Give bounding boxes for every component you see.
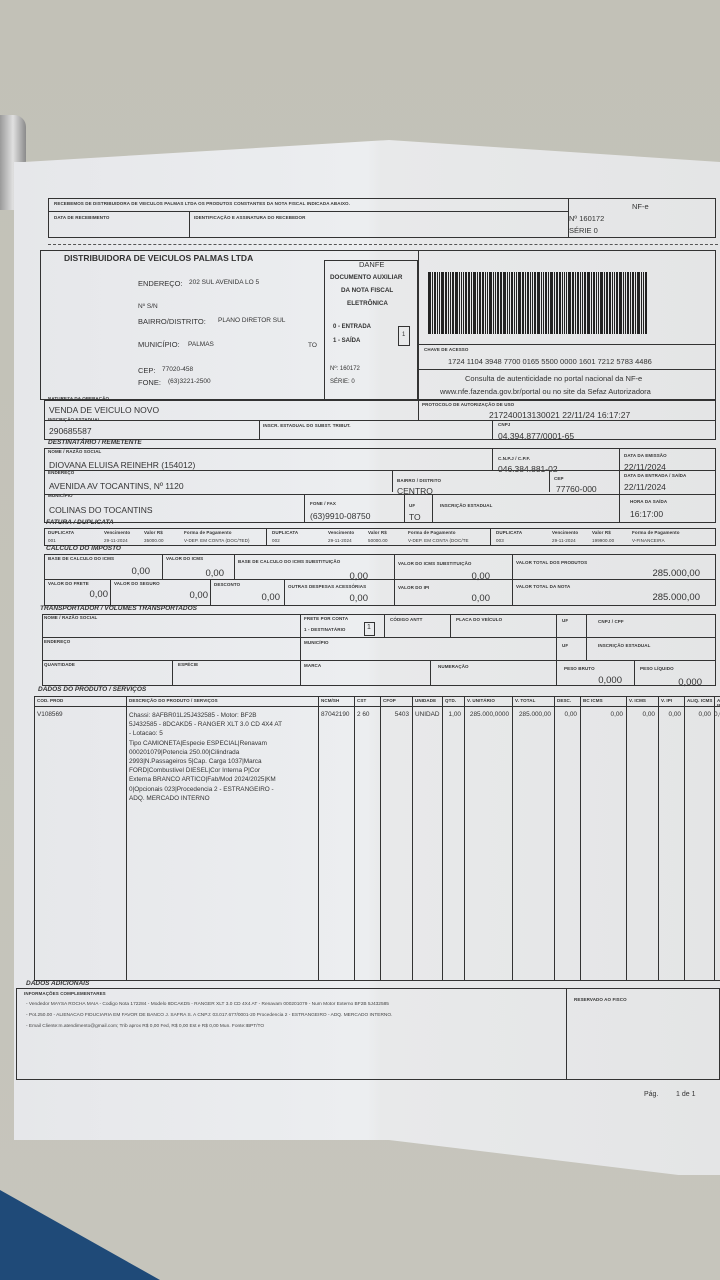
carrier-city-label: MUNICÍPIO — [304, 640, 329, 645]
access-key-label: CHAVE DE ACESSO — [424, 347, 469, 352]
recipient-cpf-label: C.N.P.J / C.P.F. — [498, 456, 530, 461]
emitter-phone-label: FONE: — [138, 378, 161, 387]
product-cell: 0,00 — [580, 711, 623, 718]
recipient-cep-label: CEP — [554, 476, 564, 481]
emitter-cep: 77020-458 — [162, 366, 193, 373]
invoice-header: Vencimento — [328, 530, 354, 535]
freight-label: VALOR DO FRETE — [48, 581, 89, 586]
entry-date: 22/11/2024 — [624, 482, 666, 492]
product-header: BC ICMS — [583, 698, 625, 703]
invoice-header: Valor R$ — [368, 530, 387, 535]
carrier-address-label: ENDEREÇO — [44, 639, 70, 644]
icms-value: 0,00 — [206, 568, 225, 579]
nature-label: NATUREZA DA OPERAÇÃO — [48, 396, 109, 401]
carrier-name-label: NOME / RAZÃO SOCIAL — [44, 615, 97, 620]
danfe-entry: 0 - ENTRADA — [333, 324, 371, 330]
plate-label: PLACA DO VEÍCULO — [456, 617, 502, 622]
product-cell: 0,00 — [714, 711, 720, 718]
invoice-header: Vencimento — [104, 530, 130, 535]
consult-text-2[interactable]: www.nfe.fazenda.gov.br/portal ou no site… — [440, 387, 651, 396]
product-header: DESCRIÇÃO DO PRODUTO / SERVIÇOS — [129, 698, 317, 703]
product-cell: 285.000,0000 — [464, 711, 509, 718]
discount-label: DESCONTO — [214, 582, 240, 587]
carrier-uf2-label: UF — [562, 643, 568, 648]
product-header: CFOP — [383, 698, 411, 703]
invoice-cell: 29-11-2024 — [328, 538, 352, 543]
product-cell: 2 60 — [357, 711, 369, 718]
product-cell: V108569 — [37, 711, 63, 718]
invoice-header: Vencimento — [552, 530, 578, 535]
recipient-phone-label: FONE / FAX — [310, 501, 336, 506]
protocol-value: 217240013130021 22/11/24 16:17:27 — [489, 410, 630, 420]
tax-section: CALCULO DO IMPOSTO — [46, 545, 121, 552]
product-cell: 0,00 — [684, 711, 711, 718]
product-cell: 87042190 — [321, 711, 349, 718]
stub-nfe-label: NF-e — [632, 202, 649, 211]
total-products-value: 285.000,00 — [652, 568, 700, 579]
base-st-value: 0,00 — [350, 571, 369, 582]
receipt-date-label: DATA DE RECEBIMENTO — [54, 215, 110, 220]
danfe-type-value: 1 — [402, 332, 405, 338]
icms-label: VALOR DO ICMS — [166, 556, 203, 561]
invoice-header: DUPLICATA — [48, 530, 74, 535]
cut-line — [48, 244, 718, 245]
emitter-city: PALMAS — [188, 341, 214, 348]
recipient-cep: 77760-000 — [556, 484, 597, 494]
danfe-subtitle-3: ELETRÔNICA — [347, 300, 388, 307]
base-st-label: BASE DE CALCULO DO ICMS SUBSTITUIÇÃO — [238, 559, 340, 564]
cnpj-label: CNPJ — [498, 422, 510, 427]
emitter-state: TO — [308, 342, 317, 349]
recipient-ie-label: INSCRIÇÃO ESTADUAL — [440, 503, 492, 508]
total-products-label: VALOR TOTAL DOS PRODUTOS — [516, 560, 587, 565]
nature-value: VENDA DE VEICULO NOVO — [49, 405, 159, 415]
freight-code: 1 — [367, 624, 371, 631]
emitter-cep-label: CEP: — [138, 366, 156, 375]
recipient-name-label: NOME / RAZÃO SOCIAL — [48, 449, 101, 454]
products-section: DADOS DO PRODUTO / SERVIÇOS — [38, 686, 146, 693]
invoice-header: DUPLICATA — [272, 530, 298, 535]
barcode — [428, 272, 708, 334]
carrier-uf-label: UF — [562, 618, 568, 623]
transport-section: TRANSPORTADOR / VOLUMES TRANSPORTADOS — [40, 605, 197, 612]
antt-label: CÓDIGO ANTT — [390, 617, 422, 622]
icms-st-value: 0,00 — [472, 571, 491, 582]
product-cell: 1,00 — [442, 711, 461, 718]
recipient-uf: TO — [409, 512, 421, 522]
emitter-address: 202 SUL AVENIDA LO 5 — [189, 279, 259, 286]
tax-block — [44, 554, 716, 606]
recipient-address-label: ENDEREÇO — [48, 470, 74, 475]
danfe-subtitle-1: DOCUMENTO AUXILIAR — [330, 274, 402, 281]
stub-series: SÉRIE 0 — [569, 226, 598, 235]
freight-by-value: 1 - DESTINATÁRIO — [304, 627, 346, 632]
numbering-label: NUMERAÇÃO — [438, 664, 469, 669]
product-header: V. TOTAL — [515, 698, 553, 703]
complementary-info-label: INFORMAÇÕES COMPLEMENTARES — [24, 991, 106, 996]
invoice-header: Valor R$ — [144, 530, 163, 535]
ie-st-label: INSCR. ESTADUAL DO SUBST. TRIBUT. — [263, 423, 351, 428]
product-header: NCM/SH — [321, 698, 353, 703]
invoice-cell: 199900.00 — [592, 538, 614, 543]
product-cell: UNIDAD — [415, 711, 440, 718]
emitter-city-label: MUNICÍPIO: — [138, 340, 180, 349]
freight-value: 0,00 — [90, 589, 109, 600]
product-header: QTD. — [445, 698, 463, 703]
ipi-value: 0,00 — [472, 593, 491, 604]
species-label: ESPÉCIE — [178, 662, 198, 667]
freight-by-label: FRETE POR CONTA — [304, 616, 348, 621]
access-key[interactable]: 1724 1104 3948 7700 0165 5500 0000 1601 … — [448, 357, 652, 366]
recipient-phone: (63)9910-08750 — [310, 511, 371, 521]
other-expenses-label: OUTRAS DESPESAS ACESSÓRIAS — [288, 584, 366, 589]
stub-number: Nº 160172 — [569, 214, 604, 223]
danfe-exit: 1 - SAÍDA — [333, 338, 360, 344]
invoice-section: FATURA / DUPLICATA — [46, 519, 114, 526]
product-description: Chassi: 8AFBR01L25J432585 - Motor: BF2B5… — [129, 711, 282, 803]
quantity-label: QUANTIDADE — [44, 662, 75, 667]
product-cell: 5403 — [380, 711, 409, 718]
recipient-section: DESTINATÁRIO / REMETENTE — [48, 439, 142, 446]
reserved-label: RESERVADO AO FISCO — [574, 997, 627, 1002]
product-cell: 0,00 — [626, 711, 655, 718]
consult-text-1: Consulta de autenticidade no portal naci… — [465, 374, 642, 383]
net-weight: 0,000 — [678, 677, 702, 688]
product-header: CST — [357, 698, 379, 703]
info-line: - Vendedor MAYSA ROCHA MAIA - Codigo Not… — [26, 1002, 389, 1007]
carrier-ie-label: INSCRIÇÃO ESTADUAL — [598, 643, 650, 648]
exit-time-label: HORA DA SAÍDA — [630, 499, 667, 504]
recipient-city-label: MUNICÍPIO — [48, 493, 73, 498]
cnpj-value: 04.394.877/0001-65 — [498, 431, 574, 441]
additional-section: DADOS ADICIONAIS — [26, 980, 89, 987]
total-note-value: 285.000,00 — [652, 592, 700, 603]
ie-label: INSCRIÇÃO ESTADUAL — [48, 417, 100, 422]
product-cell: 285.000,00 — [512, 711, 551, 718]
protocol-label: PROTOCOLO DE AUTORIZAÇÃO DE USO — [422, 402, 514, 407]
invoice-header: Forma de Pagamento — [632, 530, 680, 535]
product-header: DESC. — [557, 698, 579, 703]
emitter-number: Nº S/N — [138, 303, 158, 310]
emitter-phone: (63)3221-2500 — [168, 378, 211, 385]
emitter-address-label: ENDEREÇO: — [138, 279, 183, 288]
carrier-cnpj-label: CNPJ / CPF — [598, 619, 624, 624]
danfe-series: SÉRIE: 0 — [330, 379, 355, 385]
invoice-cell: 35000.00 — [144, 538, 164, 543]
gross-weight-label: PESO BRUTO — [564, 666, 595, 671]
product-header: V. IPI — [661, 698, 683, 703]
info-line: - Pot.250.00 - ALIENACAO FIDUCIARIA EM F… — [26, 1013, 392, 1018]
invoice-cell: V-DEP. EM CONTA (DOC/TED) — [184, 538, 250, 543]
page-value: 1 de 1 — [676, 1091, 695, 1098]
total-note-label: VALOR TOTAL DA NOTA — [516, 584, 570, 589]
emitter-district: PLANO DIRETOR SUL — [218, 317, 285, 324]
emission-date-label: DATA DA EMISSÃO — [624, 453, 667, 458]
net-weight-label: PESO LÍQUIDO — [640, 666, 674, 671]
invoice-cell: 29-11-2024 — [104, 538, 128, 543]
entry-date-label: DATA DA ENTRADA / SAÍDA — [624, 473, 686, 478]
recipient-address: AVENIDA AV TOCANTINS, Nº 1120 — [49, 481, 184, 491]
product-header: V. ICMS — [629, 698, 657, 703]
product-cell: 0,00 — [554, 711, 577, 718]
ie-value: 290685587 — [49, 426, 92, 436]
invoice-cell: 001 — [48, 538, 56, 543]
gross-weight: 0,000 — [598, 675, 622, 686]
invoice-header: Valor R$ — [592, 530, 611, 535]
danfe-document: RECEBEMOS DE DISTRIBUIDORA DE VEICULOS P… — [14, 140, 720, 1140]
ipi-label: VALOR DO IPI — [398, 585, 429, 590]
brand-label: MARCA — [304, 663, 321, 668]
danfe-subtitle-2: DA NOTA FISCAL — [341, 287, 393, 294]
invoice-cell: 002 — [272, 538, 280, 543]
product-header: V. UNITÁRIO — [467, 698, 511, 703]
recipient-city: COLINAS DO TOCANTINS — [49, 505, 153, 515]
discount-value: 0,00 — [262, 592, 281, 603]
other-expenses-value: 0,00 — [350, 593, 369, 604]
recipient-uf-label: UF — [409, 503, 415, 508]
invoice-cell: V-DEP. EM CONTA (DOC/TE — [408, 538, 469, 543]
product-header: COD. PROD — [37, 698, 125, 703]
product-header: ALIQ. ICMS — [687, 698, 713, 703]
invoice-cell: V-FINANCEIRA — [632, 538, 665, 543]
product-header: UNIDADE — [415, 698, 441, 703]
invoice-cell: 50000.00 — [368, 538, 388, 543]
invoice-header: DUPLICATA — [496, 530, 522, 535]
page-label: Pág. — [644, 1091, 658, 1098]
receipt-signature-label: IDENTIFICAÇÃO E ASSINATURA DO RECEBEDOR — [194, 215, 306, 220]
icms-st-label: VALOR DO ICMS SUBSTITUIÇÃO — [398, 561, 472, 566]
info-line: - Email Cliente:m.atendimento@gmail.com;… — [26, 1024, 264, 1029]
insurance-value: 0,00 — [190, 590, 209, 601]
invoice-cell: 29-11-2024 — [552, 538, 576, 543]
insurance-label: VALOR DO SEGURO — [114, 581, 160, 586]
base-icms-value: 0,00 — [132, 566, 151, 577]
invoice-cell: 003 — [496, 538, 504, 543]
recipient-name: DIOVANA ELUISA REINEHR (154012) — [49, 460, 195, 470]
exit-time: 16:17:00 — [630, 509, 663, 519]
danfe-title: DANFE — [359, 260, 384, 269]
emitter-district-label: BAIRRO/DISTRITO: — [138, 317, 206, 326]
base-icms-label: BASE DE CALCULO DO ICMS — [48, 556, 114, 561]
recipient-district-label: BAIRRO / DISTRITO — [397, 478, 441, 483]
danfe-number: Nº: 160172 — [330, 366, 360, 372]
receipt-text: RECEBEMOS DE DISTRIBUIDORA DE VEICULOS P… — [54, 201, 350, 206]
invoice-header: Forma de Pagamento — [408, 530, 456, 535]
invoice-header: Forma de Pagamento — [184, 530, 232, 535]
product-cell: 0,00 — [658, 711, 681, 718]
emitter-name: DISTRIBUIDORA DE VEICULOS PALMAS LTDA — [64, 253, 253, 263]
